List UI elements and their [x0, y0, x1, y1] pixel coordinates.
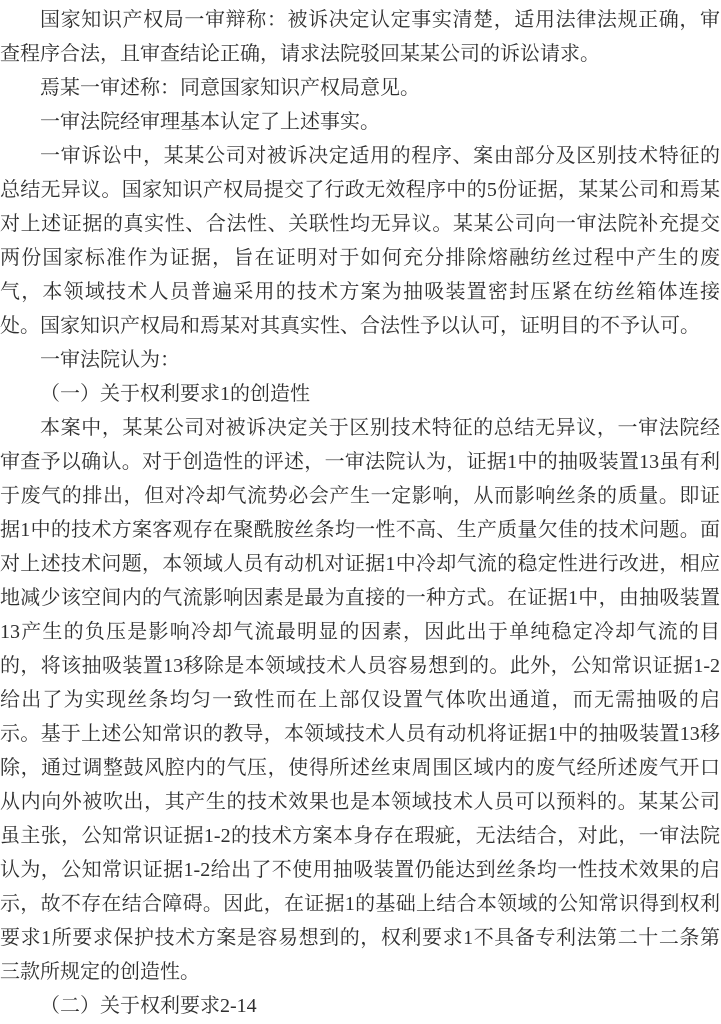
text-line: 要求1所要求保护技术方案是容易想到的，权利要求1不具备专利法第二十二条第	[0, 921, 721, 955]
text-line: 对上述技术问题，本领域人员有动机对证据1中冷却气流的稳定性进行改进，相应	[0, 547, 721, 581]
text-line: 于废气的排出，但对冷却气流势必会产生一定影响，从而影响丝条的质量。即证	[0, 479, 721, 513]
text-line: 从内向外被吹出，其产生的技术效果也是本领域技术人员可以预料的。某某公司	[0, 785, 721, 819]
text-line: 一审法院认为：	[0, 343, 721, 377]
text-line: 总结无异议。国家知识产权局提交了行政无效程序中的5份证据，某某公司和焉某	[0, 173, 721, 207]
text-line: 示。基于上述公知常识的教导，本领域技术人员有动机将证据1中的抽吸装置13移	[0, 717, 721, 751]
paragraph: （一）关于权利要求1的创造性	[0, 377, 721, 411]
text-line: 三款所规定的创造性。	[0, 955, 721, 989]
text-line: 地减少该空间内的气流影响因素是最为直接的一种方式。在证据1中，由抽吸装置	[0, 581, 721, 615]
text-line: 给出了为实现丝条均匀一致性而在上部仅设置气体吹出通道，而无需抽吸的启	[0, 683, 721, 717]
text-line: 查程序合法，且审查结论正确，请求法院驳回某某公司的诉讼请求。	[0, 37, 721, 71]
paragraph: 一审诉讼中，某某公司对被诉决定适用的程序、案由部分及区别技术特征的总结无异议。国…	[0, 139, 721, 343]
text-line: 国家知识产权局一审辩称：被诉决定认定事实清楚，适用法律法规正确，审	[0, 3, 721, 37]
paragraph: 一审法院认为：	[0, 343, 721, 377]
paragraph: （二）关于权利要求2-14	[0, 989, 721, 1023]
text-line: 处。国家知识产权局和焉某对其真实性、合法性予以认可，证明目的不予认可。	[0, 309, 721, 343]
text-line: 示，故不存在结合障碍。因此，在证据1的基础上结合本领域的公知常识得到权利	[0, 887, 721, 921]
text-line: 审查予以确认。对于创造性的评述，一审法院认为，证据1中的抽吸装置13虽有利	[0, 445, 721, 479]
text-line: （一）关于权利要求1的创造性	[0, 377, 721, 411]
text-line: 气，本领域技术人员普遍采用的技术方案为抽吸装置密封压紧在纺丝箱体连接	[0, 275, 721, 309]
text-line: 13产生的负压是影响冷却气流最明显的因素，因此出于单纯稳定冷却气流的目	[0, 615, 721, 649]
text-line: 一审法院经审理基本认定了上述事实。	[0, 105, 721, 139]
paragraph: 一审法院经审理基本认定了上述事实。	[0, 105, 721, 139]
text-line: 除，通过调整鼓风腔内的气压，使得所述丝束周围区域内的废气经所述废气开口	[0, 751, 721, 785]
text-line: 的，将该抽吸装置13移除是本领域技术人员容易想到的。此外，公知常识证据1-2	[0, 649, 721, 683]
text-line: 对上述证据的真实性、合法性、关联性均无异议。某某公司向一审法院补充提交	[0, 207, 721, 241]
text-line: 一审诉讼中，某某公司对被诉决定适用的程序、案由部分及区别技术特征的	[0, 139, 721, 173]
paragraph: 国家知识产权局一审辩称：被诉决定认定事实清楚，适用法律法规正确，审查程序合法，且…	[0, 3, 721, 71]
text-line: 认为，公知常识证据1-2给出了不使用抽吸装置仍能达到丝条均一性技术效果的启	[0, 853, 721, 887]
text-line: 两份国家标准作为证据，旨在证明对于如何充分排除熔融纺丝过程中产生的废	[0, 241, 721, 275]
paragraph: 本案中，某某公司对被诉决定关于区别技术特征的总结无异议，一审法院经审查予以确认。…	[0, 411, 721, 989]
text-line: （二）关于权利要求2-14	[0, 989, 721, 1023]
text-line: 虽主张，公知常识证据1-2的技术方案本身存在瑕疵，无法结合，对此，一审法院	[0, 819, 721, 853]
document-page: 国家知识产权局一审辩称：被诉决定认定事实清楚，适用法律法规正确，审查程序合法，且…	[0, 0, 721, 1024]
text-line: 据1中的技术方案客观存在聚酰胺丝条均一性不高、生产质量欠佳的技术问题。面	[0, 513, 721, 547]
text-line: 焉某一审述称：同意国家知识产权局意见。	[0, 71, 721, 105]
paragraph: 焉某一审述称：同意国家知识产权局意见。	[0, 71, 721, 105]
text-line: 本案中，某某公司对被诉决定关于区别技术特征的总结无异议，一审法院经	[0, 411, 721, 445]
